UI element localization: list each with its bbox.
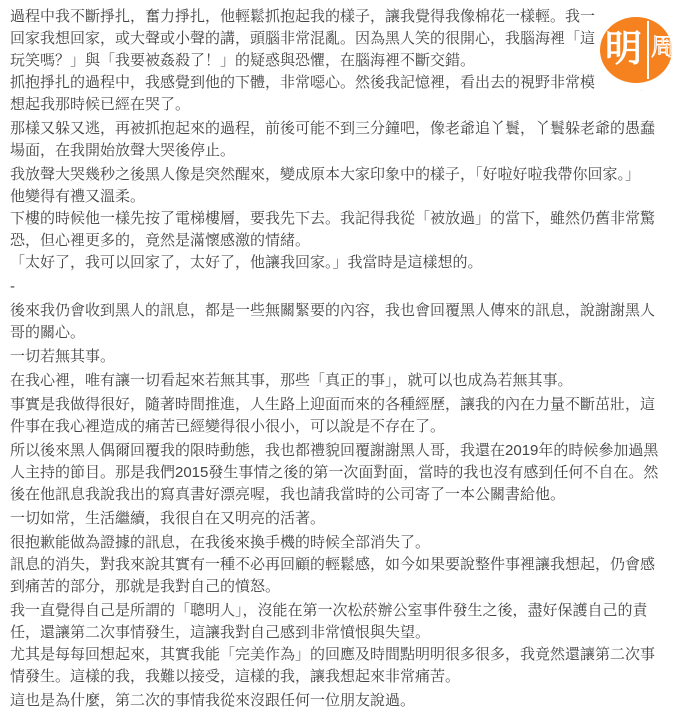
article-paragraph: 我放聲大哭幾秒之後黑人像是突然醒來，變成原本大家印象中的樣子，「好啦好啦我帶你回… bbox=[10, 164, 670, 274]
article-paragraph: 一切若無其事。 bbox=[10, 346, 670, 368]
article-paragraph-dash: - bbox=[10, 276, 670, 298]
article-paragraph: 很抱歉能做為證據的訊息，在我後來換手機的時候全部消失了。 訊息的消失，對我來說其… bbox=[10, 532, 670, 598]
article-paragraph: 在我心裡，唯有讓一切看起來若無其事，那些「真正的事」，就可以也成為若無其事。 bbox=[10, 370, 670, 392]
article-paragraph: 這也是為什麼，第二次的事情我從來沒跟任何一位朋友說過。 bbox=[10, 690, 670, 708]
article-paragraph: 事實是我做得很好，隨著時間推進，人生路上迎面而來的各種經歷，讓我的內在力量不斷茁… bbox=[10, 394, 670, 438]
article-paragraph: 後來我仍會收到黑人的訊息，都是一些無關緊要的內容，我也會回覆黑人傳來的訊息，說謝… bbox=[10, 300, 670, 344]
logo-char-ming: 明 bbox=[605, 30, 642, 67]
logo-divider-line bbox=[647, 21, 649, 79]
article-paragraph: 所以後來黑人偶爾回覆我的限時動態，我也都禮貌回覆謝謝黑人哥，我還在2019年的時… bbox=[10, 440, 670, 506]
article-body: 過程中我不斷掙扎，奮力掙扎，他輕鬆抓抱起我的樣子，讓我覺得我像棉花一樣輕。我一直… bbox=[10, 6, 670, 708]
article-paragraph: 那樣又躲又逃，再被抓抱起來的過程，前後可能不到三分鐘吧，像老爺追丫鬟，丫鬟躲老爺… bbox=[10, 118, 670, 162]
article-paragraph: 過程中我不斷掙扎，奮力掙扎，他輕鬆抓抱起我的樣子，讓我覺得我像棉花一樣輕。我一直… bbox=[10, 6, 670, 116]
article-paragraph: 我一直覺得自己是所謂的「聰明人」，沒能在第一次松菸辦公室事件發生之後，盡好保護自… bbox=[10, 600, 670, 688]
logo-char-zhou: 周 bbox=[651, 36, 672, 60]
article-paragraph: 一切如常，生活繼續，我很自在又明亮的活著。 bbox=[10, 508, 670, 530]
mingpao-weekly-logo: 明 周 bbox=[595, 6, 678, 90]
mingpao-logo-circle: 明 周 bbox=[600, 17, 672, 83]
